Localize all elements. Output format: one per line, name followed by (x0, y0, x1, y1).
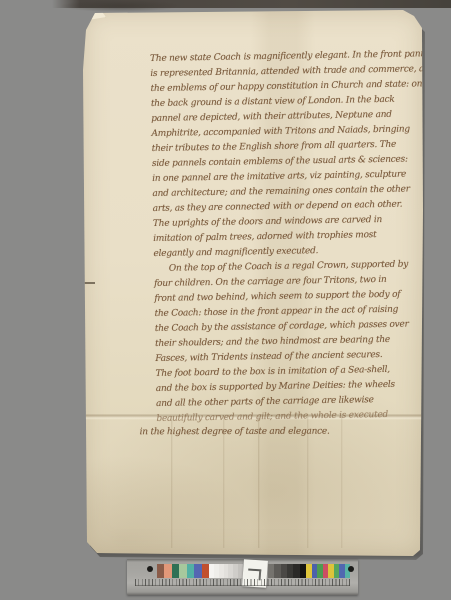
handwritten-line: in the highest degree of taste and elega… (140, 424, 423, 440)
registration-dot-left (147, 566, 153, 572)
manuscript-page: The new state Coach is magnificently ele… (83, 10, 423, 556)
archival-photograph: The new state Coach is magnificently ele… (0, 0, 451, 600)
registration-dot-right (348, 566, 354, 572)
color-patch (172, 564, 179, 578)
color-patch (187, 564, 194, 578)
color-patch (179, 564, 186, 578)
grayscale-patch-group (209, 564, 243, 578)
ruler-ticks (135, 579, 350, 586)
handwritten-text: The new state Coach is magnificently ele… (150, 47, 423, 442)
color-patch (164, 564, 171, 578)
copy-stand-edge-shadow (60, 0, 180, 12)
binding-mark (84, 282, 95, 284)
color-patch (194, 564, 201, 578)
dark-patch-group (268, 564, 306, 578)
color-patch-group-left (157, 564, 209, 578)
color-calibration-bar (127, 559, 358, 595)
color-patch (202, 564, 209, 578)
color-patch (157, 564, 164, 578)
color-patch-group-right (306, 564, 350, 578)
